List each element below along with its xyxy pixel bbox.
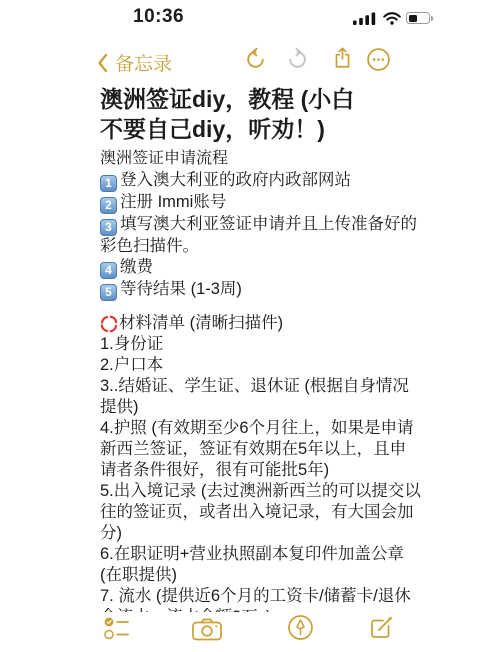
checklist-icon[interactable] bbox=[103, 615, 131, 642]
battery-icon bbox=[406, 12, 430, 24]
more-icon[interactable] bbox=[366, 47, 391, 72]
step-number-badge: 2 bbox=[100, 197, 117, 214]
undo-icon[interactable] bbox=[243, 47, 268, 72]
back-button[interactable]: 备忘录 bbox=[97, 49, 172, 76]
materials-header-text: 材料清单 (清晰扫描件) bbox=[119, 313, 283, 334]
materials-header: 材料清单 (清晰扫描件) bbox=[100, 313, 422, 334]
material-item: 4.护照 (有效期至少6个月往上，如果是申请新西兰签证，签证有效期在5年以上，且… bbox=[100, 418, 422, 481]
step-item: 2注册 Immi账号 bbox=[100, 192, 422, 214]
share-icon[interactable] bbox=[330, 45, 355, 70]
material-item: 3..结婚证、学生证、退休证 (根据自身情况提供) bbox=[100, 376, 422, 418]
material-item: 5.出入境记录 (去过澳洲新西兰的可以提交以往的签证页，或者出入境记录，有大国会… bbox=[100, 481, 422, 544]
step-text: 注册 Immi账号 bbox=[120, 193, 226, 211]
step-text: 填写澳大利亚签证申请并且上传准备好的彩色扫描件。 bbox=[100, 215, 417, 255]
chevron-left-icon bbox=[97, 53, 108, 73]
material-item: 1.身份证 bbox=[100, 334, 422, 355]
markup-pen-icon[interactable] bbox=[287, 614, 314, 641]
wifi-icon bbox=[383, 12, 401, 25]
material-item: 2.户口本 bbox=[100, 355, 422, 376]
note-editor[interactable]: 澳洲签证diy，教程 (小白 不要自己diy，听劝！) 澳洲签证申请流程 1登入… bbox=[100, 84, 422, 628]
step-item: 1登入澳大利亚的政府内政部网站 bbox=[100, 170, 422, 192]
step-text: 登入澳大利亚的政府内政部网站 bbox=[120, 171, 351, 189]
visa-steps-list: 1登入澳大利亚的政府内政部网站 2注册 Immi账号 3填写澳大利亚签证申请并且… bbox=[100, 170, 422, 301]
back-button-label: 备忘录 bbox=[115, 49, 172, 76]
camera-icon[interactable] bbox=[192, 618, 222, 641]
step-number-badge: 1 bbox=[100, 175, 117, 192]
notes-app-screen: 10:36 备忘录 bbox=[0, 0, 500, 652]
step-number-badge: 4 bbox=[100, 262, 117, 279]
compose-icon[interactable] bbox=[368, 615, 394, 641]
step-text: 等待结果 (1-3周) bbox=[120, 280, 242, 298]
note-title-line: 不要自己diy，听劝！) bbox=[100, 114, 422, 144]
step-text: 缴费 bbox=[120, 258, 153, 276]
redo-icon[interactable] bbox=[285, 47, 310, 72]
anger-symbol-icon bbox=[100, 315, 118, 333]
bottom-toolbar bbox=[0, 612, 500, 652]
material-item: 6.在职证明+营业执照副本复印件加盖公章 (在职提供) bbox=[100, 544, 422, 586]
step-item: 3填写澳大利亚签证申请并且上传准备好的彩色扫描件。 bbox=[100, 214, 422, 257]
step-item: 4缴费 bbox=[100, 257, 422, 279]
clock: 10:36 bbox=[133, 6, 184, 28]
step-number-badge: 3 bbox=[100, 219, 117, 236]
note-title-line: 澳洲签证diy，教程 (小白 bbox=[100, 84, 422, 114]
note-title: 澳洲签证diy，教程 (小白 不要自己diy，听劝！) bbox=[100, 84, 422, 144]
note-subtitle: 澳洲签证申请流程 bbox=[100, 148, 422, 170]
cellular-signal-icon bbox=[353, 12, 378, 25]
materials-list: 1.身份证 2.户口本 3..结婚证、学生证、退休证 (根据自身情况提供) 4.… bbox=[100, 334, 422, 628]
step-number-badge: 5 bbox=[100, 284, 117, 301]
step-item: 5等待结果 (1-3周) bbox=[100, 279, 422, 301]
